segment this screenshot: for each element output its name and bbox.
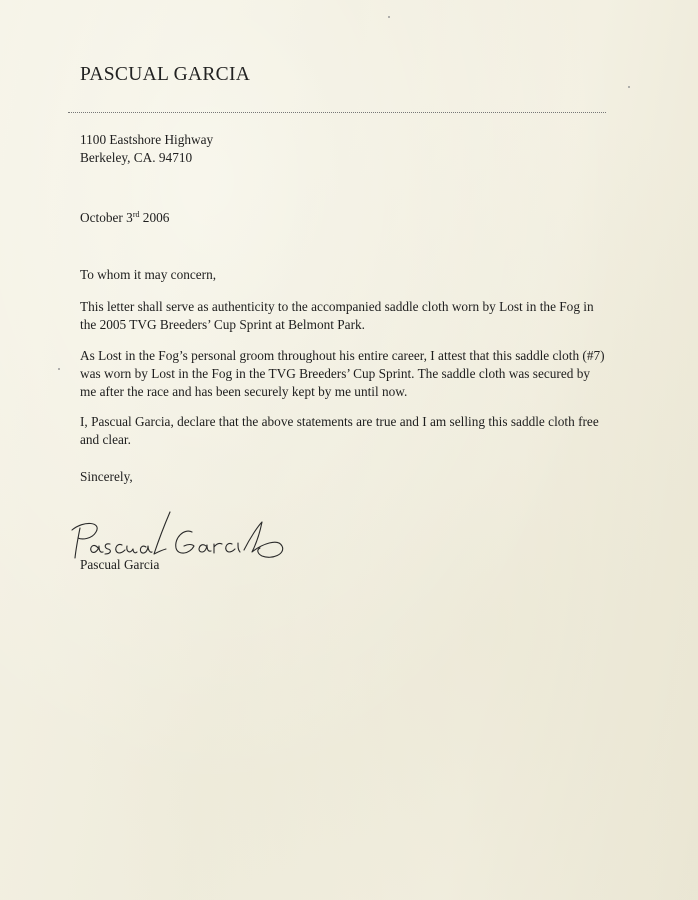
paper-speck (628, 86, 630, 88)
paragraph-line: was worn by Lost in the Fog in the TVG B… (80, 365, 620, 383)
paragraph-1: This letter shall serve as authenticity … (80, 298, 620, 334)
date-month-day: October 3 (80, 210, 133, 225)
date-year: 2006 (139, 210, 169, 225)
letter-page: PASCUAL GARCIA 1100 Eastshore Highway Be… (0, 0, 698, 900)
address-line-1: 1100 Eastshore Highway (80, 131, 213, 149)
paragraph-line: I, Pascual Garcia, declare that the abov… (80, 413, 620, 431)
paragraph-line: This letter shall serve as authenticity … (80, 298, 620, 316)
printed-signature-name: Pascual Garcia (80, 556, 159, 574)
paragraph-line: As Lost in the Fog’s personal groom thro… (80, 347, 620, 365)
letterhead-divider (68, 112, 606, 113)
letterhead-name: PASCUAL GARCIA (80, 64, 250, 86)
paper-speck (58, 368, 60, 370)
paragraph-line: the 2005 TVG Breeders’ Cup Sprint at Bel… (80, 316, 620, 334)
paragraph-3: I, Pascual Garcia, declare that the abov… (80, 413, 620, 449)
paragraph-line: me after the race and has been securely … (80, 383, 620, 401)
paragraph-line: and clear. (80, 431, 620, 449)
sender-address: 1100 Eastshore Highway Berkeley, CA. 947… (80, 131, 213, 167)
letter-date: October 3rd 2006 (80, 209, 169, 227)
closing: Sincerely, (80, 468, 133, 486)
paper-speck (388, 16, 390, 18)
salutation: To whom it may concern, (80, 266, 216, 284)
paragraph-2: As Lost in the Fog’s personal groom thro… (80, 347, 620, 401)
address-line-2: Berkeley, CA. 94710 (80, 149, 213, 167)
